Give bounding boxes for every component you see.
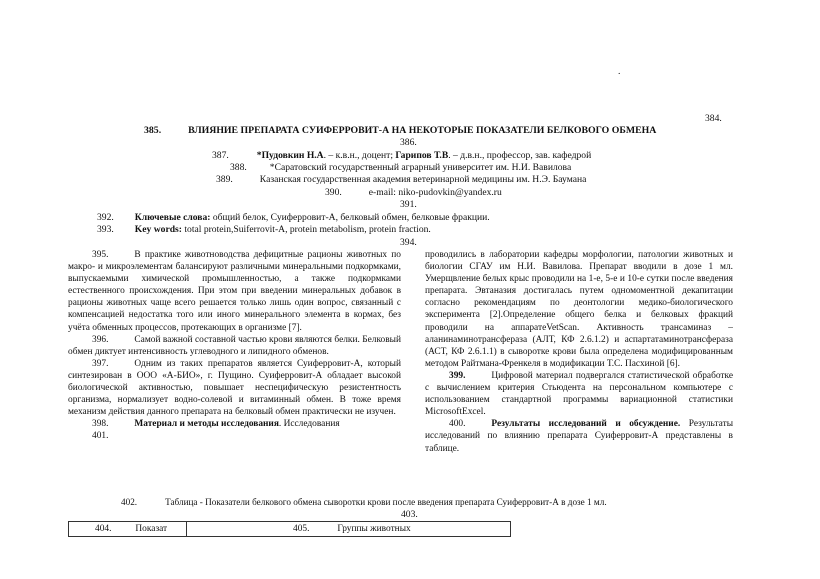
author-name: Гарипов Т.В <box>395 150 448 161</box>
paragraph-text: проводились в лаборатории кафедры морфол… <box>425 250 733 369</box>
keywords-en: 393.Key words: total protein,Suiferrovit… <box>97 224 431 236</box>
paragraph-text: Цифровой материал подвергался статистиче… <box>425 371 733 417</box>
paragraph-number: 395. <box>92 250 108 260</box>
affiliation-number: 388. <box>230 162 247 173</box>
paragraph-number: 400. <box>449 419 465 429</box>
paragraph-number: 394. <box>400 237 417 249</box>
paragraph-number: 397. <box>92 359 108 369</box>
right-column: проводились в лаборатории кафедры морфол… <box>425 249 733 455</box>
affiliation-1: 388.*Саратовский государственный аграрны… <box>230 162 571 174</box>
keywords-number: 393. <box>97 224 114 235</box>
authors-line: 387.*Пудовкин Н.А. – к.в.н., доцент; Гар… <box>212 150 591 162</box>
keywords-label: Key words: <box>135 224 182 235</box>
email-number: 390. <box>325 187 342 198</box>
paragraph-text: Одним из таких препаратов является Суифе… <box>68 359 401 417</box>
keywords-ru: 392.Ключевые слова: общий белок, Суиферр… <box>97 212 490 224</box>
cell-text: Группы животных <box>337 524 410 534</box>
paragraph-395: 395.В практике животноводства дефицитные… <box>68 249 401 334</box>
email-link[interactable]: e-mail: niko-pudovkin@yandex.ru <box>369 187 502 198</box>
paragraph-number: 384. <box>705 113 722 125</box>
caption-number: 402. <box>121 497 137 507</box>
title-text: ВЛИЯНИЕ ПРЕПАРАТА СУИФЕРРОВИТ-А НА НЕКОТ… <box>188 125 656 136</box>
paragraph-number: 386. <box>400 137 417 149</box>
affiliation-2: 389.Казанская государственная академия в… <box>216 174 586 186</box>
author-title: . – к.в.н., доцент; <box>324 150 396 161</box>
paragraph-401: 401. <box>68 430 401 442</box>
keywords-text: общий белок, Суиферровит-А, белковый обм… <box>210 212 489 223</box>
keywords-number: 392. <box>97 212 114 223</box>
paragraph-number: 396. <box>92 335 108 345</box>
table-header-row: 404.Показат 405.Группы животных <box>69 522 511 537</box>
caption-text: Таблица - Показатели белкового обмена сы… <box>165 497 607 507</box>
affiliation-number: 389. <box>216 174 233 185</box>
author-name: *Пудовкин Н.А <box>257 150 324 161</box>
affiliation-text: *Саратовский государственный аграрный ун… <box>270 162 571 173</box>
cell-text: Показат <box>135 524 167 534</box>
paragraph-number: 401. <box>92 431 108 441</box>
paragraph-399: 399.Цифровой материал подвергался статис… <box>425 370 733 418</box>
paragraph-400: 400.Результаты исследований и обсуждение… <box>425 418 733 454</box>
stray-mark: . <box>618 66 620 78</box>
table-caption: 402.Таблица - Показатели белкового обмен… <box>121 496 607 508</box>
affiliation-text: Казанская государственная академия ветер… <box>260 174 587 185</box>
paragraph-396: 396.Самой важной составной частью крови … <box>68 334 401 358</box>
keywords-text: total protein,Suiferrovit-A, protein met… <box>182 224 431 235</box>
results-table: 404.Показат 405.Группы животных <box>68 521 511 537</box>
paragraph-continued: проводились в лаборатории кафедры морфол… <box>425 249 733 370</box>
left-column: 395.В практике животноводства дефицитные… <box>68 249 401 443</box>
paragraph-number: 398. <box>92 419 108 429</box>
paragraph-text: . Исследования <box>279 419 340 429</box>
cell-number: 404. <box>95 524 111 534</box>
section-heading: Материал и методы исследования <box>134 419 279 429</box>
author-title: . – д.в.н., профессор, зав. кафедрой <box>448 150 591 161</box>
cell-number: 405. <box>293 524 309 534</box>
paragraph-number: 399. <box>449 371 465 381</box>
title-number: 385. <box>144 125 161 136</box>
paragraph-text: В практике животноводства дефицитные рац… <box>68 250 401 333</box>
paragraph-text: Самой важной составной частью крови явля… <box>68 335 401 357</box>
table-header-cell: 404.Показат <box>69 522 187 537</box>
email-line: 390.e-mail: niko-pudovkin@yandex.ru <box>325 187 502 199</box>
authors-number: 387. <box>212 150 229 161</box>
keywords-label: Ключевые слова: <box>135 212 211 223</box>
paragraph-number: 391. <box>400 199 417 211</box>
table-header-cell: 405.Группы животных <box>187 522 511 537</box>
paragraph-number: 403. <box>401 509 418 521</box>
article-title: 385.ВЛИЯНИЕ ПРЕПАРАТА СУИФЕРРОВИТ-А НА Н… <box>144 125 656 137</box>
paragraph-397: 397.Одним из таких препаратов является С… <box>68 358 401 418</box>
section-heading: Результаты исследований и обсуждение. <box>491 419 680 429</box>
paragraph-398: 398.Материал и методы исследования. Иссл… <box>68 418 401 430</box>
